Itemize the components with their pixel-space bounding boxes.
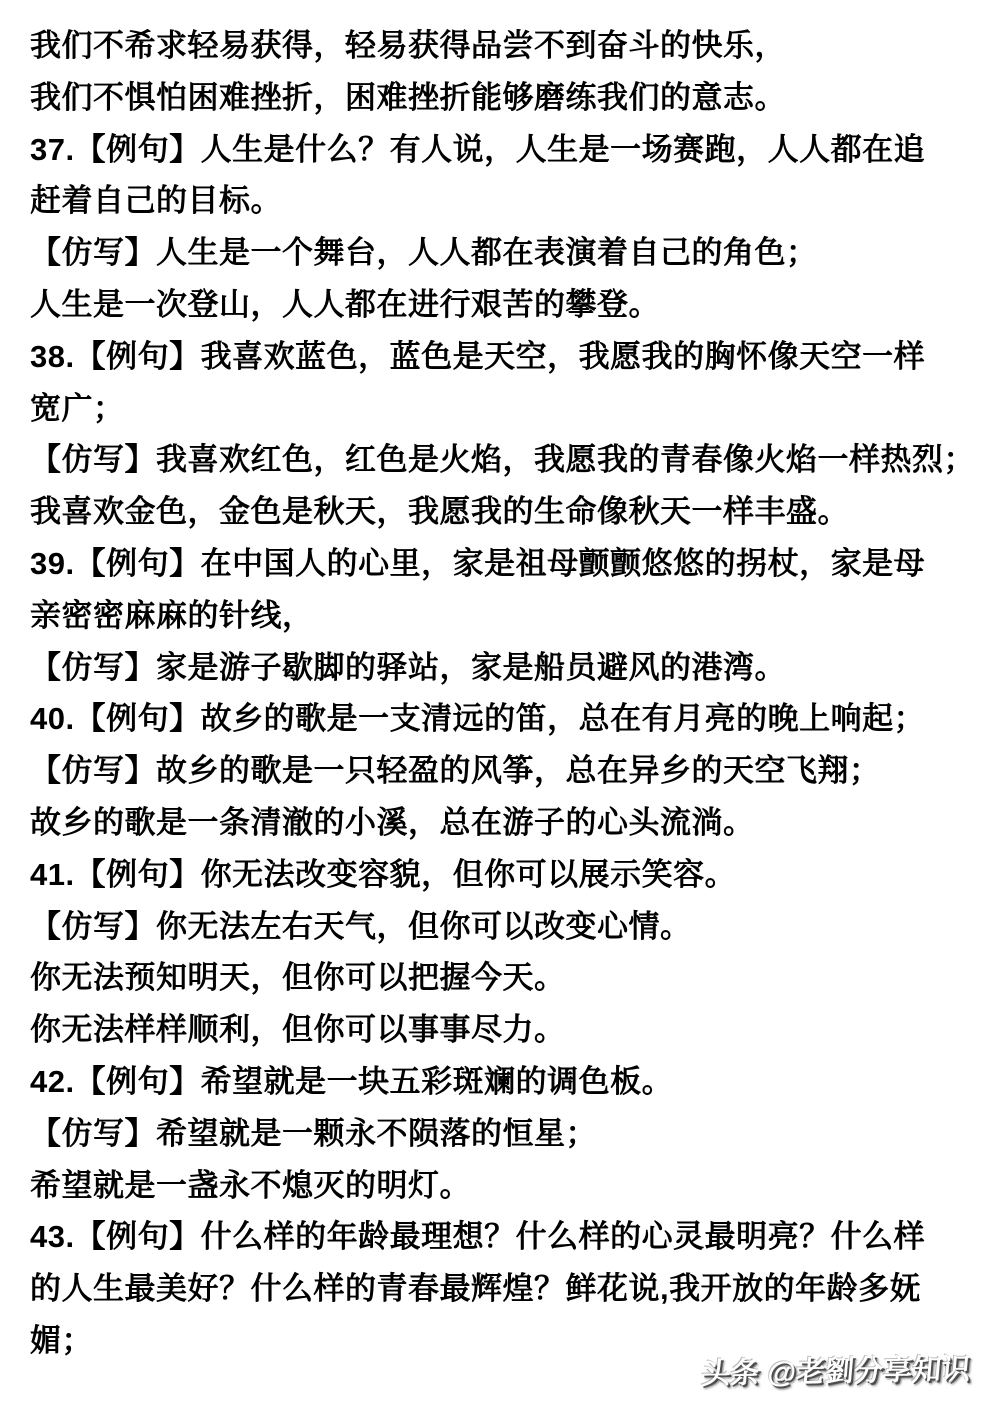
text-line-21: 42.【例句】希望就是一块五彩斑斓的调色板。 bbox=[30, 1056, 982, 1108]
document-page: 我们不希求轻易获得，轻易获得品尝不到奋斗的快乐，我们不惧怕困难挫折，困难挫折能够… bbox=[0, 0, 992, 1403]
text-line-18: 【仿写】你无法左右天气，但你可以改变心情。 bbox=[30, 901, 982, 953]
text-line-17: 41.【例句】你无法改变容貌，但你可以展示笑容。 bbox=[30, 849, 982, 901]
document-text: 我们不希求轻易获得，轻易获得品尝不到奋斗的快乐，我们不惧怕困难挫折，困难挫折能够… bbox=[30, 20, 982, 1367]
text-line-15: 【仿写】故乡的歌是一只轻盈的风筝，总在异乡的天空飞翔； bbox=[30, 745, 982, 797]
text-line-23: 希望就是一盏永不熄灭的明灯。 bbox=[30, 1160, 982, 1212]
text-line-2: 我们不惧怕困难挫折，困难挫折能够磨练我们的意志。 bbox=[30, 72, 982, 124]
text-line-8: 宽广； bbox=[30, 383, 982, 435]
text-line-9: 【仿写】我喜欢红色，红色是火焰，我愿我的青春像火焰一样热烈； bbox=[30, 434, 982, 486]
text-line-25: 的人生最美好？什么样的青春最辉煌？鲜花说,我开放的年龄多妩 bbox=[30, 1263, 982, 1315]
text-line-6: 人生是一次登山，人人都在进行艰苦的攀登。 bbox=[30, 279, 982, 331]
text-line-16: 故乡的歌是一条清澈的小溪，总在游子的心头流淌。 bbox=[30, 797, 982, 849]
text-line-14: 40.【例句】故乡的歌是一支清远的笛，总在有月亮的晚上响起； bbox=[30, 693, 982, 745]
watermark: 头条 @老劉分享知识 bbox=[700, 1347, 972, 1393]
text-line-22: 【仿写】希望就是一颗永不陨落的恒星； bbox=[30, 1108, 982, 1160]
text-line-24: 43.【例句】什么样的年龄最理想？什么样的心灵最明亮？什么样 bbox=[30, 1211, 982, 1263]
text-line-12: 亲密密麻麻的针线， bbox=[30, 590, 982, 642]
text-line-19: 你无法预知明天，但你可以把握今天。 bbox=[30, 952, 982, 1004]
text-line-20: 你无法样样顺利，但你可以事事尽力。 bbox=[30, 1004, 982, 1056]
text-line-3: 37.【例句】人生是什么？有人说，人生是一场赛跑，人人都在追 bbox=[30, 124, 982, 176]
text-line-5: 【仿写】人生是一个舞台，人人都在表演着自己的角色； bbox=[30, 227, 982, 279]
text-line-11: 39.【例句】在中国人的心里，家是祖母颤颤悠悠的拐杖，家是母 bbox=[30, 538, 982, 590]
text-line-7: 38.【例句】我喜欢蓝色，蓝色是天空，我愿我的胸怀像天空一样 bbox=[30, 331, 982, 383]
text-line-1: 我们不希求轻易获得，轻易获得品尝不到奋斗的快乐， bbox=[30, 20, 982, 72]
text-line-4: 赶着自己的目标。 bbox=[30, 175, 982, 227]
text-line-10: 我喜欢金色，金色是秋天，我愿我的生命像秋天一样丰盛。 bbox=[30, 486, 982, 538]
text-line-13: 【仿写】家是游子歇脚的驿站，家是船员避风的港湾。 bbox=[30, 642, 982, 694]
